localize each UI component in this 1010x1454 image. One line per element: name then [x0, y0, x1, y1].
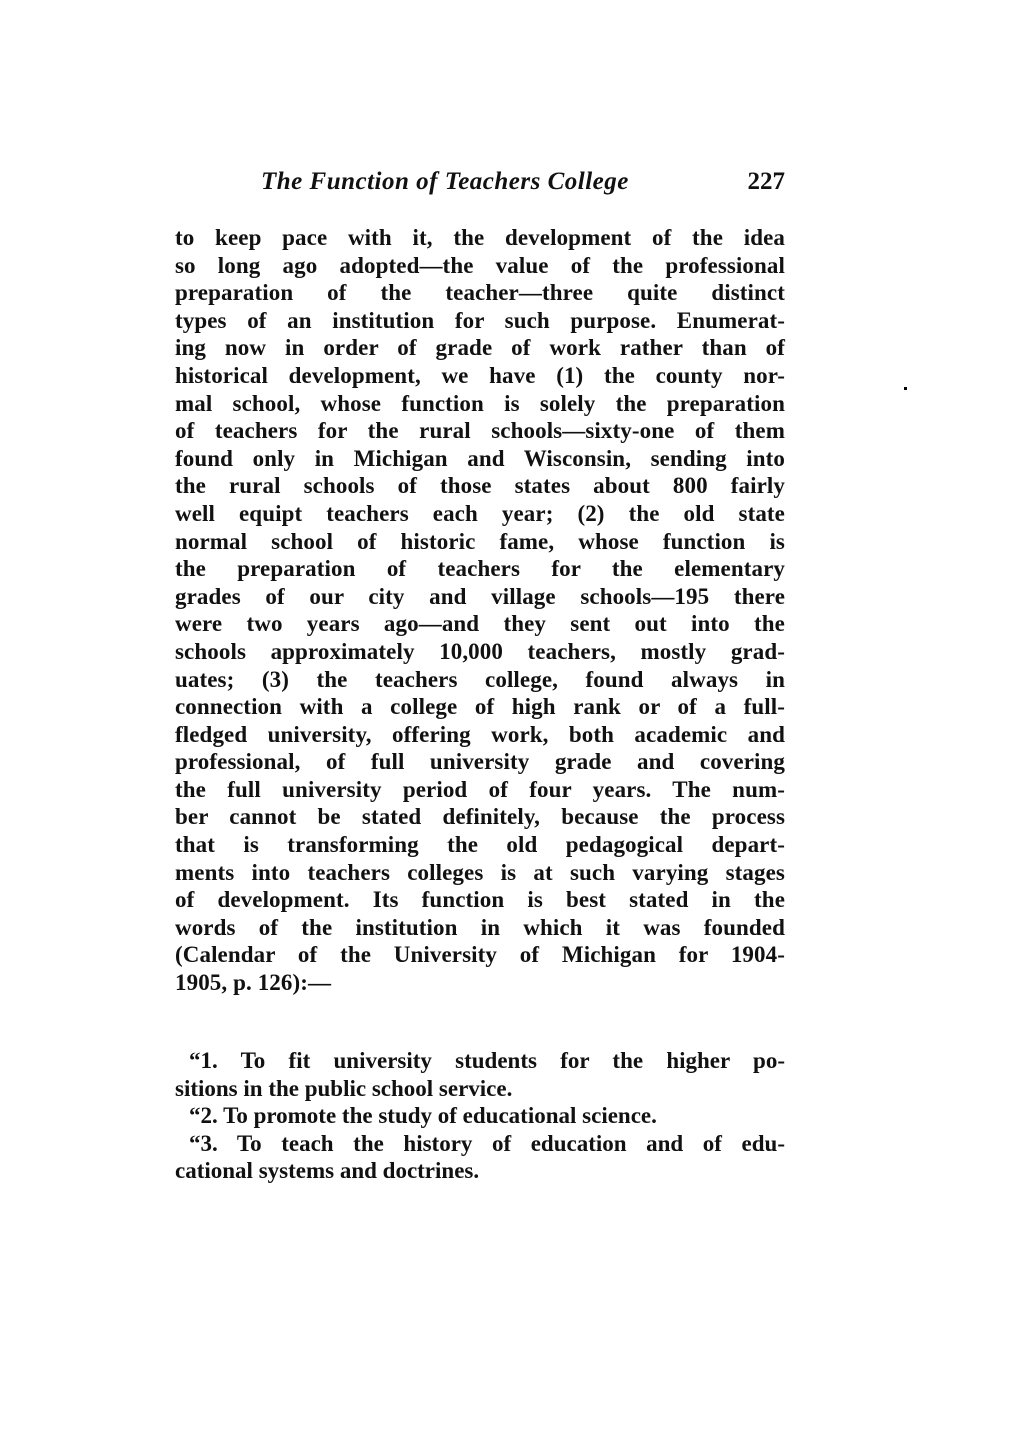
- text-line: connection with a college of high rank o…: [175, 693, 785, 721]
- quoted-list-item-1: “1. To fit university students for the h…: [175, 1047, 785, 1075]
- running-head-title: The Function of Teachers College: [261, 165, 629, 199]
- quoted-list-item-3: “3. To teach the history of education an…: [175, 1130, 785, 1158]
- text-line: were two years ago—and they sent out int…: [175, 610, 785, 638]
- book-page: The Function of Teachers College 227 to …: [0, 0, 1010, 1454]
- text-line: historical development, we have (1) the …: [175, 362, 785, 390]
- quoted-list-item-2: “2. To promote the study of educational …: [175, 1102, 785, 1130]
- text-line: well equipt teachers each year; (2) the …: [175, 500, 785, 528]
- text-line: ber cannot be stated definitely, because…: [175, 803, 785, 831]
- text-line: found only in Michigan and Wisconsin, se…: [175, 445, 785, 473]
- text-line: types of an institution for such purpose…: [175, 307, 785, 335]
- scan-speck: [904, 387, 907, 390]
- text-line: 1905, p. 126):—: [175, 969, 785, 997]
- text-line: uates; (3) the teachers college, found a…: [175, 666, 785, 694]
- text-line: fledged university, offering work, both …: [175, 721, 785, 749]
- text-line: grades of our city and village schools—1…: [175, 583, 785, 611]
- text-line: mal school, whose function is solely the…: [175, 390, 785, 418]
- text-line: (Calendar of the University of Michigan …: [175, 941, 785, 969]
- text-line: words of the institution in which it was…: [175, 914, 785, 942]
- text-line: to keep pace with it, the development of…: [175, 224, 785, 252]
- quoted-list-item-3-continued: cational systems and doctrines.: [175, 1157, 785, 1185]
- text-line: ing now in order of grade of work rather…: [175, 334, 785, 362]
- quoted-list-item-1-continued: sitions in the public school service.: [175, 1075, 785, 1103]
- text-line: schools approximately 10,000 teachers, m…: [175, 638, 785, 666]
- page-number: 227: [748, 165, 786, 199]
- text-line: so long ago adopted—the value of the pro…: [175, 252, 785, 280]
- text-line: the rural schools of those states about …: [175, 472, 785, 500]
- quoted-list: “1. To fit university students for the h…: [175, 1047, 785, 1185]
- text-line: the full university period of four years…: [175, 776, 785, 804]
- text-line: ments into teachers colleges is at such …: [175, 859, 785, 887]
- text-line: that is transforming the old pedagogical…: [175, 831, 785, 859]
- text-line: of teachers for the rural schools—sixty-…: [175, 417, 785, 445]
- text-line: professional, of full university grade a…: [175, 748, 785, 776]
- text-line: of development. Its function is best sta…: [175, 886, 785, 914]
- text-line: the preparation of teachers for the elem…: [175, 555, 785, 583]
- running-head: The Function of Teachers College 227: [175, 165, 785, 199]
- text-line: preparation of the teacher—three quite d…: [175, 279, 785, 307]
- body-paragraph: to keep pace with it, the development of…: [175, 224, 785, 997]
- text-line: normal school of historic fame, whose fu…: [175, 528, 785, 556]
